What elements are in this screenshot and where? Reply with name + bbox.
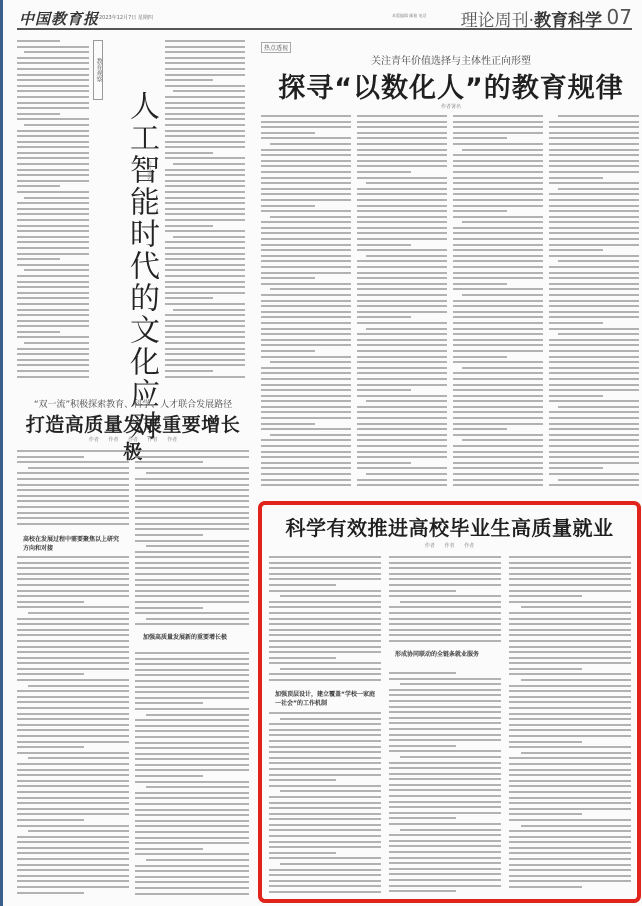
text-line xyxy=(135,489,249,491)
text-line xyxy=(269,679,381,681)
text-line xyxy=(165,342,245,344)
text-line xyxy=(269,774,381,776)
text-line xyxy=(269,857,381,859)
text-line xyxy=(453,199,543,201)
text-line xyxy=(509,836,631,838)
text-line xyxy=(135,500,249,502)
text-line xyxy=(357,439,447,441)
text-line xyxy=(453,238,543,240)
text-line xyxy=(269,629,381,631)
text-line xyxy=(269,813,381,815)
text-line xyxy=(261,484,351,486)
text-line xyxy=(389,700,501,702)
text-line xyxy=(17,746,84,748)
text-line xyxy=(17,225,89,227)
text-line xyxy=(357,132,447,134)
text-line xyxy=(462,367,543,369)
text-line xyxy=(261,322,351,324)
text-line xyxy=(17,735,129,737)
text-line xyxy=(269,746,381,748)
text-line xyxy=(165,57,245,59)
text-line xyxy=(135,517,249,519)
text-line xyxy=(17,40,60,42)
text-line xyxy=(261,339,351,341)
text-line xyxy=(135,607,203,609)
text-line xyxy=(269,768,381,770)
text-line xyxy=(135,797,249,799)
text-line xyxy=(135,747,249,749)
text-line xyxy=(135,853,249,855)
text-line xyxy=(165,359,245,361)
text-line xyxy=(357,160,447,162)
text-line xyxy=(400,601,501,603)
text-line xyxy=(357,210,447,212)
text-line xyxy=(549,244,639,246)
text-line xyxy=(165,247,245,249)
text-line xyxy=(135,567,249,569)
text-line xyxy=(366,182,447,184)
text-line xyxy=(17,662,129,664)
text-line xyxy=(357,316,411,318)
text-line xyxy=(261,115,351,117)
text-line xyxy=(549,451,639,453)
text-line xyxy=(453,177,543,179)
text-line xyxy=(17,590,129,592)
text-line xyxy=(261,311,351,313)
text-line xyxy=(389,739,501,741)
text-line xyxy=(549,356,639,358)
text-line xyxy=(357,339,447,341)
text-line xyxy=(357,193,447,195)
text-line xyxy=(509,707,631,709)
text-line xyxy=(389,711,501,713)
text-line xyxy=(549,428,639,430)
text-line xyxy=(269,673,381,675)
text-line xyxy=(357,121,447,123)
text-line xyxy=(28,612,129,614)
text-line xyxy=(165,191,245,193)
text-line xyxy=(453,400,543,402)
text-line xyxy=(509,690,631,692)
text-line xyxy=(357,462,411,464)
text-line xyxy=(24,197,89,199)
text-line xyxy=(453,384,543,386)
dfc-subhead-1: 高校在发展过程中需要聚焦以上研究方向和对接 xyxy=(23,535,123,553)
text-line xyxy=(509,718,631,720)
text-line xyxy=(357,484,447,486)
text-line xyxy=(17,696,129,698)
text-line xyxy=(17,74,89,76)
text-line xyxy=(549,177,603,179)
text-line xyxy=(453,462,543,464)
text-line xyxy=(366,400,447,402)
text-line xyxy=(269,807,381,809)
text-line xyxy=(17,157,89,159)
text-line xyxy=(357,165,447,167)
text-line xyxy=(389,873,501,875)
masthead: 中国教育报 2023年12月7日 星期四 本版编辑 邮箱 电话 理论周刊·教育科… xyxy=(17,4,632,30)
text-line xyxy=(17,180,89,182)
text-line xyxy=(389,879,501,881)
text-line xyxy=(165,325,245,327)
text-line xyxy=(453,244,543,246)
text-line xyxy=(135,658,249,660)
text-line xyxy=(509,802,631,804)
text-line xyxy=(509,578,631,580)
text-line xyxy=(17,264,89,266)
dfc-body-col-1b xyxy=(17,556,129,901)
text-line xyxy=(453,260,543,262)
text-line xyxy=(17,130,89,132)
text-line xyxy=(549,467,603,469)
text-line xyxy=(549,277,639,279)
text-line xyxy=(135,753,249,755)
text-line xyxy=(453,277,543,279)
text-line xyxy=(135,534,203,536)
text-line xyxy=(261,367,351,369)
text-line xyxy=(453,389,543,391)
text-line xyxy=(261,149,351,151)
text-line xyxy=(135,820,249,822)
text-line xyxy=(280,718,381,720)
text-line xyxy=(17,886,129,888)
text-line xyxy=(165,202,245,204)
text-line xyxy=(357,361,447,363)
text-line xyxy=(389,706,501,708)
text-line xyxy=(549,411,639,413)
text-line xyxy=(453,378,543,380)
text-line xyxy=(453,456,543,458)
text-line xyxy=(165,135,245,137)
text-line xyxy=(17,825,129,827)
text-line xyxy=(165,174,245,176)
text-line xyxy=(389,823,501,825)
text-line xyxy=(165,169,245,171)
text-line xyxy=(17,275,89,277)
text-line xyxy=(453,423,543,425)
text-line xyxy=(261,395,351,397)
text-line xyxy=(549,182,639,184)
text-line xyxy=(357,126,447,128)
text-line xyxy=(165,40,245,42)
text-line xyxy=(280,595,381,597)
text-line xyxy=(261,255,351,257)
text-line xyxy=(17,331,60,333)
text-line xyxy=(357,227,447,229)
text-line xyxy=(28,757,129,759)
text-line xyxy=(453,428,507,430)
text-line xyxy=(453,372,543,374)
text-line xyxy=(165,197,245,199)
text-line xyxy=(509,668,582,670)
text-line xyxy=(135,719,249,721)
text-line xyxy=(17,567,129,569)
text-line xyxy=(261,456,351,458)
text-line xyxy=(269,829,381,831)
text-line xyxy=(357,154,447,156)
text-line xyxy=(509,741,582,743)
text-line xyxy=(269,662,381,664)
text-line xyxy=(17,713,129,715)
text-line xyxy=(135,887,249,889)
text-line xyxy=(269,880,381,882)
text-line xyxy=(269,891,381,893)
text-line xyxy=(17,741,129,743)
text-line xyxy=(357,177,447,179)
text-line xyxy=(269,584,336,586)
text-line xyxy=(389,590,456,592)
text-line xyxy=(17,634,129,636)
text-line xyxy=(357,395,447,397)
text-line xyxy=(453,165,543,167)
text-line xyxy=(165,376,245,378)
text-line xyxy=(17,152,89,154)
text-line xyxy=(17,359,89,361)
text-line xyxy=(17,808,129,810)
text-line xyxy=(261,165,351,167)
text-line xyxy=(549,445,639,447)
text-line xyxy=(261,121,351,123)
text-line xyxy=(453,137,507,139)
text-line xyxy=(28,830,129,832)
text-line xyxy=(509,646,631,648)
text-line xyxy=(269,723,381,725)
text-line xyxy=(17,858,129,860)
text-line xyxy=(558,479,639,481)
text-line xyxy=(453,344,543,346)
text-line xyxy=(509,601,631,603)
article-title-ai: 人工智能时代的文化应对 xyxy=(115,90,159,442)
text-line xyxy=(261,283,351,285)
text-line xyxy=(366,473,447,475)
text-line xyxy=(17,836,129,838)
text-line xyxy=(549,232,639,234)
text-line xyxy=(135,523,249,525)
dfc-body-col-1 xyxy=(17,450,129,530)
text-line xyxy=(17,584,129,586)
text-line xyxy=(509,729,631,731)
text-line xyxy=(173,90,245,92)
text-line xyxy=(269,651,381,653)
text-line xyxy=(135,584,249,586)
text-line xyxy=(17,841,129,843)
text-line xyxy=(146,859,249,861)
text-line xyxy=(453,305,543,307)
text-line xyxy=(549,311,639,313)
text-line xyxy=(165,253,245,255)
text-line xyxy=(261,210,351,212)
text-line xyxy=(269,578,381,580)
text-line xyxy=(135,674,249,676)
text-line xyxy=(17,657,129,659)
text-line xyxy=(269,885,381,887)
text-line xyxy=(389,773,501,775)
text-line xyxy=(165,74,245,76)
text-line xyxy=(357,311,447,313)
text-line xyxy=(261,272,351,274)
text-line xyxy=(389,868,501,870)
text-line xyxy=(261,238,351,240)
text-line xyxy=(357,333,447,335)
text-line xyxy=(261,411,351,413)
text-line xyxy=(453,171,543,173)
text-line xyxy=(509,757,631,759)
text-line xyxy=(17,90,89,92)
text-line xyxy=(453,445,543,447)
text-line xyxy=(17,707,129,709)
text-line xyxy=(509,886,582,888)
text-line xyxy=(269,874,381,876)
text-line xyxy=(261,132,315,134)
text-line xyxy=(17,606,129,608)
text-line xyxy=(17,556,129,558)
text-line xyxy=(509,819,631,821)
text-line xyxy=(269,590,381,592)
text-line xyxy=(509,791,631,793)
text-line xyxy=(135,825,249,827)
text-line xyxy=(146,545,249,547)
text-line xyxy=(549,350,639,352)
text-line xyxy=(509,629,631,631)
text-line xyxy=(135,652,249,654)
text-line xyxy=(17,309,89,311)
text-line xyxy=(389,717,501,719)
text-line xyxy=(135,870,249,872)
text-line xyxy=(135,612,249,614)
text-line xyxy=(165,208,245,210)
text-line xyxy=(453,232,543,234)
text-line xyxy=(549,210,639,212)
text-line xyxy=(269,757,381,759)
dfc-body-col-2 xyxy=(135,450,249,630)
text-line xyxy=(357,356,447,358)
text-line xyxy=(135,792,249,794)
text-line xyxy=(165,269,245,271)
text-line xyxy=(509,735,631,737)
dfc-subhead-2: 加强高质量发展新的重要增长极 xyxy=(143,633,243,642)
article-title-youth: 探寻“以数化人”的教育规律 xyxy=(261,66,641,105)
text-line xyxy=(17,253,89,255)
text-line xyxy=(165,102,245,104)
text-line xyxy=(261,249,351,251)
text-line xyxy=(17,852,129,854)
text-line xyxy=(453,479,543,481)
article-author-youth: 作者署名 xyxy=(261,103,641,110)
text-line xyxy=(17,163,89,165)
text-line xyxy=(261,227,351,229)
text-line xyxy=(17,869,129,871)
text-line xyxy=(165,258,245,260)
text-line xyxy=(509,562,631,564)
text-line xyxy=(269,729,381,731)
text-line xyxy=(17,325,89,327)
text-line xyxy=(261,439,351,441)
text-line xyxy=(357,188,447,190)
text-line xyxy=(549,171,639,173)
text-line xyxy=(453,227,543,229)
text-line xyxy=(269,835,381,837)
text-line xyxy=(549,221,639,223)
text-line xyxy=(357,411,447,413)
text-line xyxy=(17,450,129,452)
text-line xyxy=(549,300,639,302)
text-line xyxy=(389,584,501,586)
text-line xyxy=(17,141,89,143)
text-line xyxy=(549,149,639,151)
text-line xyxy=(549,462,639,464)
text-line xyxy=(261,378,351,380)
text-line xyxy=(549,238,639,240)
text-line xyxy=(462,439,543,441)
text-line xyxy=(17,353,89,355)
text-line xyxy=(453,434,543,436)
text-line xyxy=(135,528,249,530)
text-line xyxy=(462,149,543,151)
text-line xyxy=(269,606,381,608)
text-line xyxy=(17,629,129,631)
text-line xyxy=(453,467,543,469)
text-line xyxy=(17,169,89,171)
text-line xyxy=(269,785,381,787)
text-line xyxy=(17,146,89,148)
text-line xyxy=(389,595,501,597)
text-line xyxy=(269,796,381,798)
text-line xyxy=(453,339,543,341)
text-line xyxy=(453,143,543,145)
text-line xyxy=(135,837,249,839)
text-line xyxy=(17,370,89,372)
text-line xyxy=(17,292,89,294)
text-line xyxy=(261,467,351,469)
text-line xyxy=(17,729,129,731)
text-line xyxy=(17,297,89,299)
text-line xyxy=(261,154,351,156)
text-line xyxy=(453,411,543,413)
youth-body-col-4 xyxy=(549,115,639,495)
text-line xyxy=(366,328,447,330)
employment-body-col-2b xyxy=(389,672,501,897)
text-line xyxy=(135,893,249,895)
text-line xyxy=(509,595,582,597)
text-line xyxy=(549,165,639,167)
text-line xyxy=(509,573,631,575)
text-line xyxy=(17,618,129,620)
text-line xyxy=(549,372,639,374)
text-line xyxy=(165,46,245,48)
text-line xyxy=(549,328,639,330)
text-line xyxy=(549,456,639,458)
text-line xyxy=(17,135,89,137)
text-line xyxy=(17,118,89,120)
text-line xyxy=(17,68,89,70)
text-line xyxy=(549,121,639,123)
text-line xyxy=(135,540,249,542)
text-line xyxy=(165,286,245,288)
youth-body-col-1 xyxy=(261,115,351,495)
text-line xyxy=(549,400,639,402)
text-line xyxy=(17,314,89,316)
text-line xyxy=(261,423,315,425)
text-line xyxy=(357,350,447,352)
text-line xyxy=(549,137,639,139)
text-line xyxy=(165,219,245,221)
text-line xyxy=(453,333,543,335)
text-line xyxy=(24,51,89,53)
text-line xyxy=(357,344,447,346)
text-line xyxy=(135,725,249,727)
text-line xyxy=(165,107,245,109)
text-line xyxy=(269,751,381,753)
